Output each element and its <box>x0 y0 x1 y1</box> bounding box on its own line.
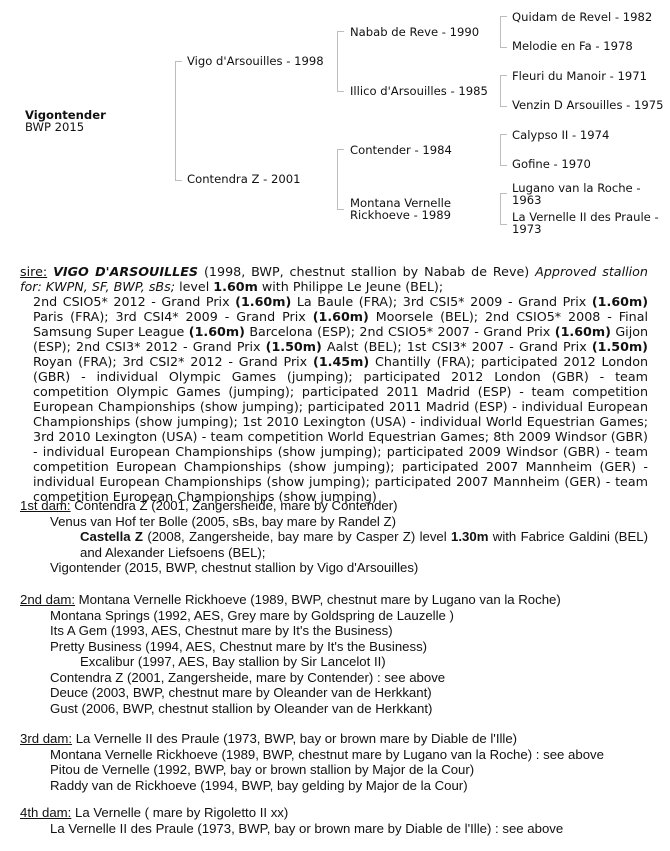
gen3-bracket-2 <box>500 75 507 107</box>
pedigree-sss[interactable]: Quidam de Revel - 1982 <box>512 11 652 23</box>
competition-result: 3rd CSI2* 2012 - Grand Prix (1.45m) Chan… <box>122 354 480 369</box>
competition-result: 2nd CSIO5* 2012 - Grand Prix (1.60m) La … <box>33 294 403 309</box>
offspring-entry: Castella Z (2008, Zangersheide, bay mare… <box>20 529 648 560</box>
sire-level-prefix: level <box>179 279 209 294</box>
pedigree-sire-sire[interactable]: Nabab de Reve - 1990 <box>350 26 479 38</box>
offspring-entry: Venus van Hof ter Bolle (2005, sBs, bay … <box>20 514 650 530</box>
sire-section: sire: VIGO D'ARSOUILLES (1998, BWP, ches… <box>20 264 648 504</box>
pedigree-sdd[interactable]: Venzin D Arsouilles - 1975 <box>512 99 664 111</box>
dam-section-4: 4th dam: La Vernelle ( mare by Rigoletto… <box>20 805 650 836</box>
sire-level-suffix: with Philippe Le Jeune (BEL); <box>262 279 443 294</box>
offspring-entry: Deuce (2003, BWP, chestnut mare by Olean… <box>20 685 650 701</box>
dam-section-1: 1st dam: Contendra Z (2001, Zangersheide… <box>20 498 650 576</box>
dam-label: 4th dam: <box>20 805 71 820</box>
pedigree-dam-sire[interactable]: Contender - 1984 <box>350 144 452 156</box>
pedigree-dam[interactable]: Contendra Z - 2001 <box>187 173 300 185</box>
gen1-bracket <box>175 61 182 181</box>
pedigree-ssd[interactable]: Melodie en Fa - 1978 <box>512 40 633 52</box>
sire-level: 1.60m <box>213 279 258 294</box>
gen3-bracket-1 <box>500 16 507 48</box>
gen3-bracket-4 <box>500 193 507 225</box>
competition-result: 3rd CSI4* 2009 - Grand Prix (1.60m) Moor… <box>116 309 485 324</box>
offspring-entry: Gust (2006, BWP, chestnut stallion by Ol… <box>20 701 650 717</box>
pedigree-dsd[interactable]: Gofine - 1970 <box>512 158 591 170</box>
dam-label: 1st dam: <box>20 498 71 513</box>
sire-label: sire: <box>20 264 47 279</box>
offspring-entry: Vigontender (2015, BWP, chestnut stallio… <box>20 560 650 576</box>
offspring-name: Castella Z <box>80 529 143 544</box>
offspring-entry: Contendra Z (2001, Zangersheide, mare by… <box>20 670 650 686</box>
pedigree-ddd[interactable]: La Vernelle II des Praule - 1973 <box>512 211 662 235</box>
dam-section-2: 2nd dam: Montana Vernelle Rickhoeve (198… <box>20 592 650 716</box>
dam-entry: Montana Vernelle Rickhoeve (1989, BWP, c… <box>79 592 561 607</box>
gen2-dam-bracket <box>337 149 344 210</box>
offspring-entry: Its A Gem (1993, AES, Chestnut mare by I… <box>20 623 650 639</box>
offspring-entry: La Vernelle II des Praule (1973, BWP, ba… <box>20 821 650 837</box>
dam-entry: Contendra Z (2001, Zangersheide, mare by… <box>74 498 397 513</box>
pedigree-dds[interactable]: Lugano van la Roche - 1963 <box>512 182 662 206</box>
pedigree-dss[interactable]: Calypso II - 1974 <box>512 129 609 141</box>
sire-details: (1998, BWP, chestnut stallion by Nabab d… <box>204 264 529 279</box>
sire-name[interactable]: VIGO D'ARSOUILLES <box>53 264 198 279</box>
dam-entry: La Vernelle II des Praule (1973, BWP, ba… <box>76 731 517 746</box>
dam-label: 3rd dam: <box>20 731 72 746</box>
gen3-bracket-3 <box>500 134 507 166</box>
pedigree-chart: Vigontender BWP 2015 Vigo d'Arsouilles -… <box>0 0 670 250</box>
sire-intro: sire: VIGO D'ARSOUILLES (1998, BWP, ches… <box>20 264 648 294</box>
competition-result: 2nd CSI3* 2012 - Grand Prix (1.50m) Aals… <box>76 339 407 354</box>
subject-studbook-year: BWP 2015 <box>25 121 84 133</box>
offspring-entry: Pitou de Vernelle (1992, BWP, bay or bro… <box>20 762 650 778</box>
offspring-entry: Montana Springs (1992, AES, Grey mare by… <box>20 608 650 624</box>
offspring-details: (2008, Zangersheide, bay mare by Casper … <box>147 529 446 544</box>
sire-results: 2nd CSIO5* 2012 - Grand Prix (1.60m) La … <box>20 294 648 504</box>
offspring-entry: Excalibur (1997, AES, Bay stallion by Si… <box>20 654 650 670</box>
offspring-entry: Pretty Business (1994, AES, Chestnut mar… <box>20 639 650 655</box>
pedigree-dam-dam[interactable]: Montana Vernelle Rickhoeve - 1989 <box>350 197 455 221</box>
pedigree-sire-dam[interactable]: Illico d'Arsouilles - 1985 <box>350 85 488 97</box>
pedigree-sds[interactable]: Fleuri du Manoir - 1971 <box>512 70 647 82</box>
offspring-entry: Montana Vernelle Rickhoeve (1989, BWP, c… <box>20 747 650 763</box>
dam-entry: La Vernelle ( mare by Rigoletto II xx) <box>75 805 288 820</box>
pedigree-sire[interactable]: Vigo d'Arsouilles - 1998 <box>187 55 324 67</box>
gen2-sire-bracket <box>337 31 344 92</box>
dam-section-3: 3rd dam: La Vernelle II des Praule (1973… <box>20 731 650 793</box>
offspring-level: 1.30m <box>451 529 488 544</box>
dam-label: 2nd dam: <box>20 592 75 607</box>
offspring-entry: Raddy van de Rickhoeve (1994, BWP, bay g… <box>20 778 650 794</box>
sire-championships: participated 2012 London (GBR) - individ… <box>33 354 648 504</box>
